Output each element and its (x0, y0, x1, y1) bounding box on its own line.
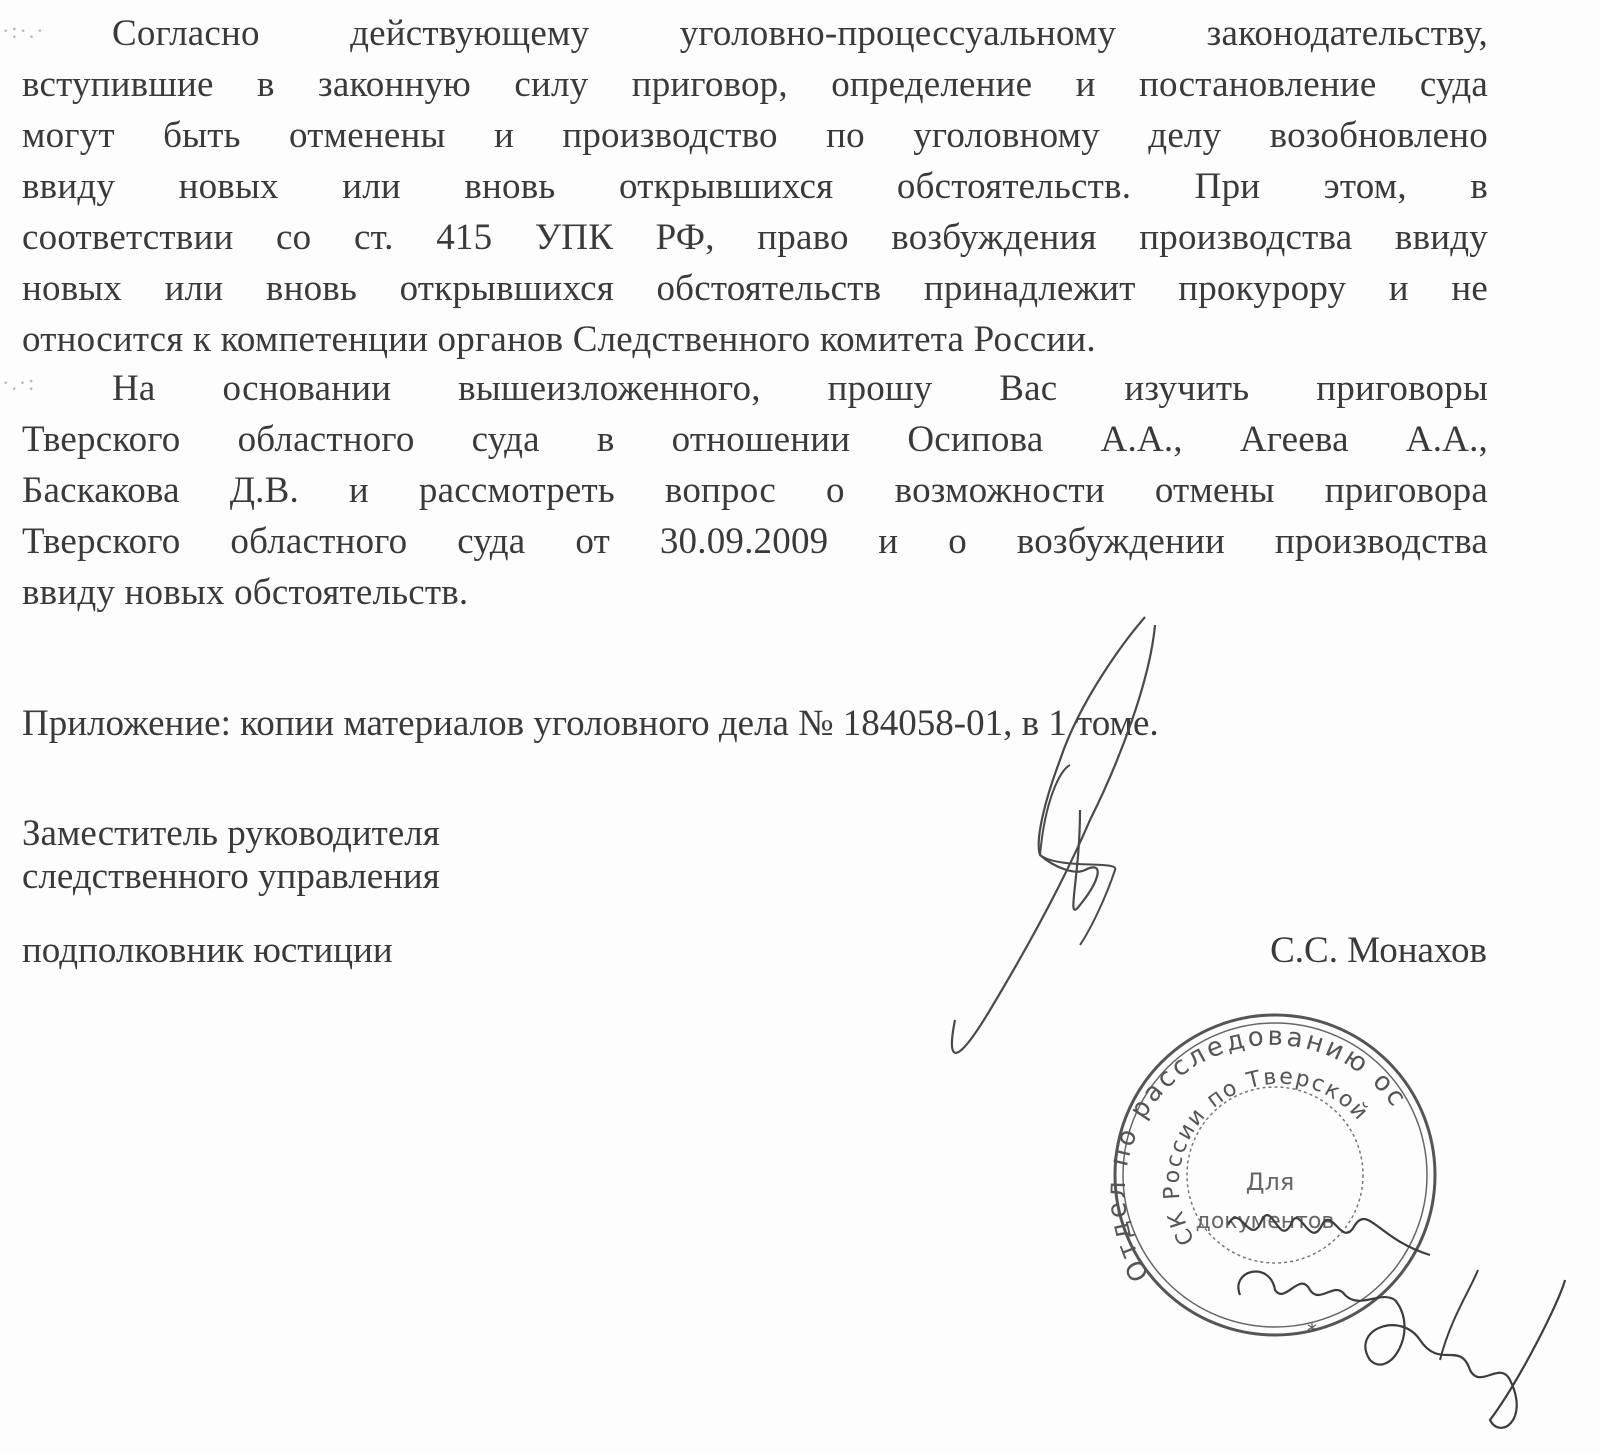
svg-text:*: * (1307, 1319, 1317, 1343)
stamp-center-line2: документов (1196, 1209, 1335, 1234)
text-line: вступившие в законную силу приговор, опр… (22, 59, 1488, 110)
signer-rank: подполковник юстиции (22, 925, 393, 976)
text-line: ввиду новых обстоятельств. (22, 567, 1488, 618)
text-line: могут быть отменены и производство по уг… (22, 110, 1488, 161)
text-line: соответствии со ст. 415 УПК РФ, право во… (22, 212, 1488, 263)
scanned-document-page: ·:·.· ·.·: Согласно действующему уголовн… (0, 0, 1600, 1454)
text-line: Тверского областного суда от 30.09.2009 … (22, 516, 1488, 567)
attachment-note: Приложение: копии материалов уголовного … (22, 698, 1159, 749)
text-line: На основании вышеизложенного, прошу Вас … (22, 363, 1488, 414)
paragraph-legal-basis: Согласно действующему уголовно-процессуа… (22, 8, 1488, 365)
signer-name: С.С. Монахов (1270, 925, 1487, 976)
text-line: ввиду новых или вновь открывшихся обстоя… (22, 161, 1488, 212)
signer-position-line2: следственного управления (22, 851, 440, 902)
paragraph-request: На основании вышеизложенного, прошу Вас … (22, 363, 1488, 618)
text-line: относится к компетенции органов Следстве… (22, 314, 1488, 365)
text-line: Согласно действующему уголовно-процессуа… (22, 8, 1488, 59)
text-line: Баскакова Д.В. и рассмотреть вопрос о во… (22, 465, 1488, 516)
text-line: новых или вновь открывшихся обстоятельст… (22, 263, 1488, 314)
stamp-center-line1: Для (1246, 1168, 1295, 1196)
text-line: Тверского областного суда в отношении Ос… (22, 414, 1488, 465)
